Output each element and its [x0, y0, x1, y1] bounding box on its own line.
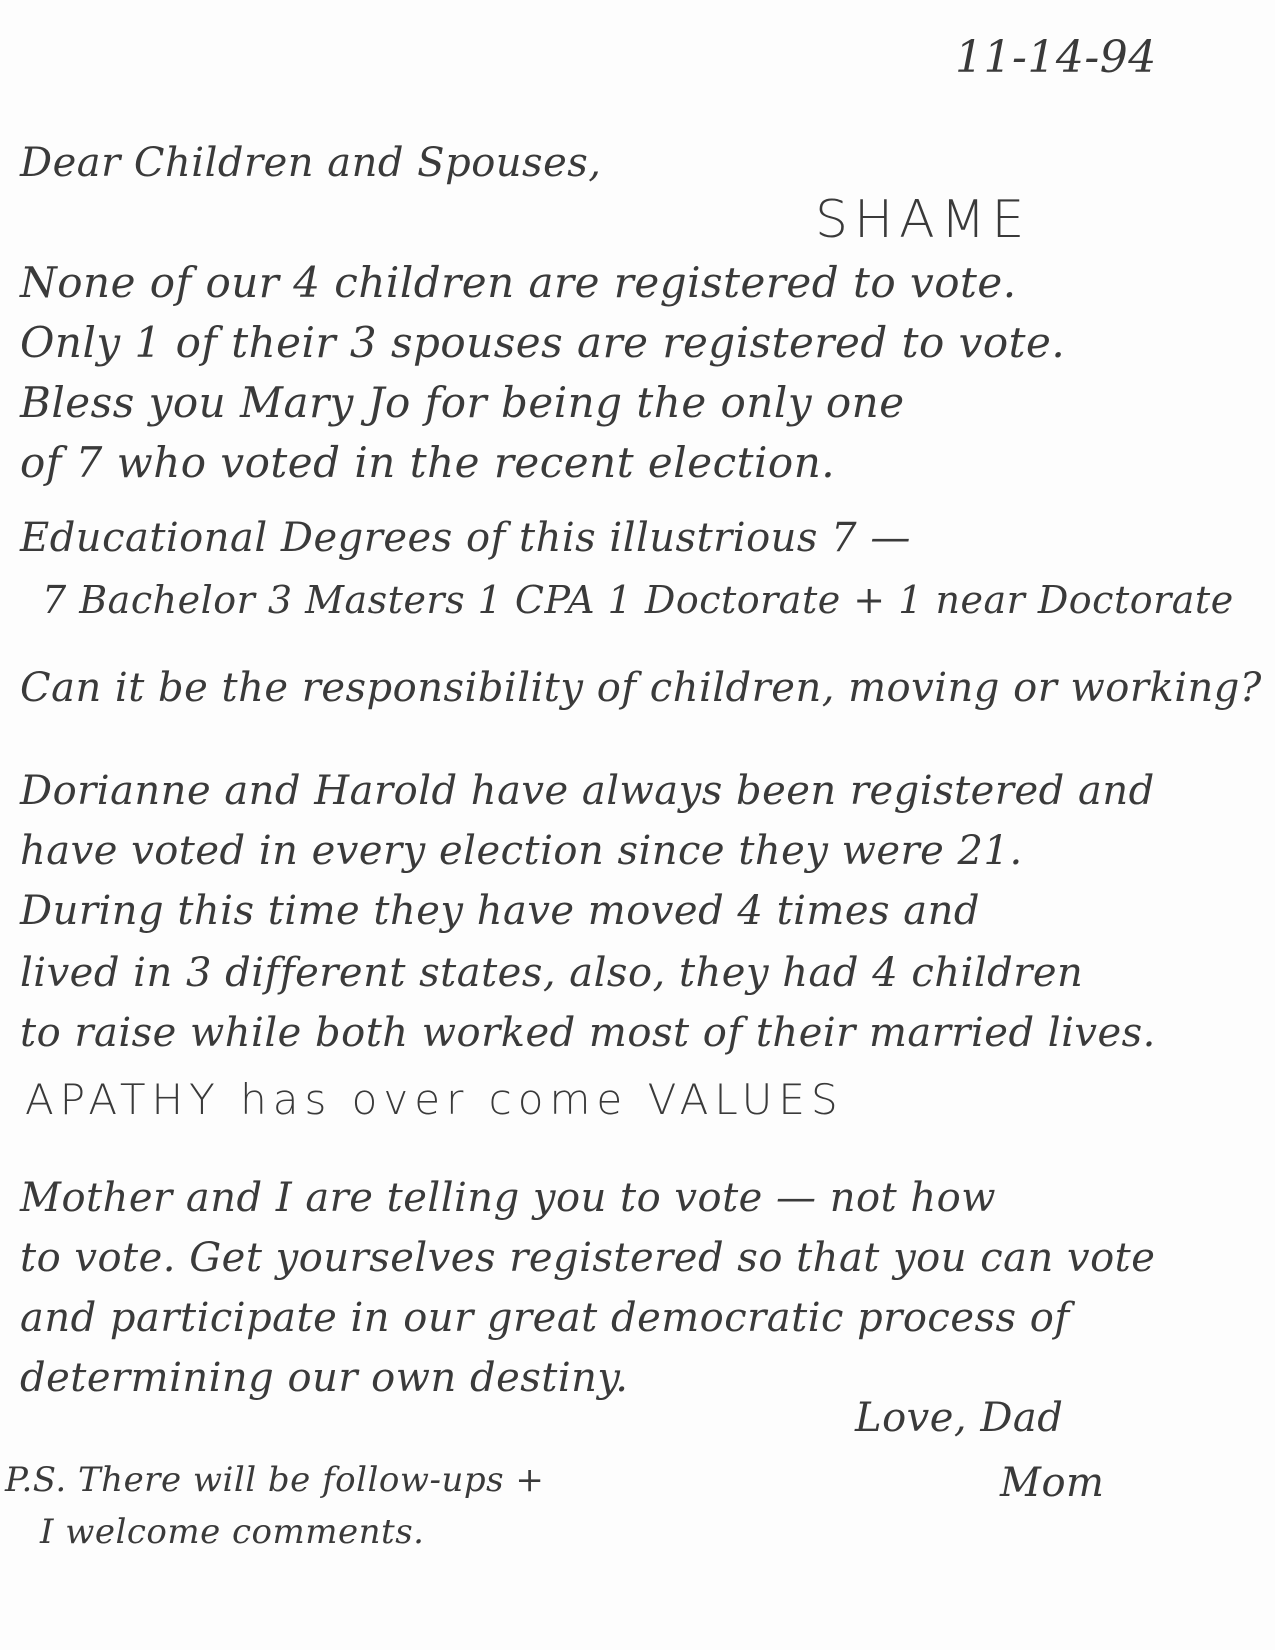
- paragraph4-line: have voted in every election since they …: [20, 828, 1023, 874]
- letter-date: 11-14-94: [955, 32, 1157, 83]
- paragraph5-line: Mother and I are telling you to vote — n…: [20, 1175, 996, 1221]
- paragraph4-line: Dorianne and Harold have always been reg…: [20, 768, 1155, 814]
- paragraph4-line: lived in 3 different states, also, they …: [20, 950, 1083, 996]
- postscript-line: P.S. There will be follow-ups +: [5, 1460, 544, 1500]
- closing-signature: Love, Dad: [855, 1395, 1063, 1441]
- letter-page: 11-14-94 Dear Children and Spouses, SHAM…: [0, 0, 1275, 1650]
- paragraph4-line: to raise while both worked most of their…: [20, 1010, 1156, 1056]
- heading-shame: SHAME: [815, 190, 1030, 250]
- degrees-list: 7 Bachelor 3 Masters 1 CPA 1 Doctorate +…: [42, 578, 1234, 622]
- signature-mom: Mom: [1000, 1460, 1104, 1506]
- paragraph1-line: None of our 4 children are registered to…: [20, 258, 1017, 307]
- apathy-statement: APATHY has over come VALUES: [25, 1075, 844, 1124]
- question-line: Can it be the responsibility of children…: [20, 665, 1262, 711]
- paragraph5-line: and participate in our great democratic …: [20, 1295, 1070, 1341]
- paragraph5-line: determining our own destiny.: [20, 1355, 628, 1401]
- salutation: Dear Children and Spouses,: [20, 140, 601, 186]
- postscript-line: I welcome comments.: [40, 1512, 424, 1552]
- degrees-heading: Educational Degrees of this illustrious …: [20, 515, 911, 561]
- paragraph1-line: Only 1 of their 3 spouses are registered…: [20, 318, 1065, 367]
- paragraph4-line: During this time they have moved 4 times…: [20, 888, 980, 934]
- paragraph5-line: to vote. Get yourselves registered so th…: [20, 1235, 1155, 1281]
- paragraph1-line: Bless you Mary Jo for being the only one: [20, 378, 905, 427]
- paragraph1-line: of 7 who voted in the recent election.: [20, 438, 835, 487]
